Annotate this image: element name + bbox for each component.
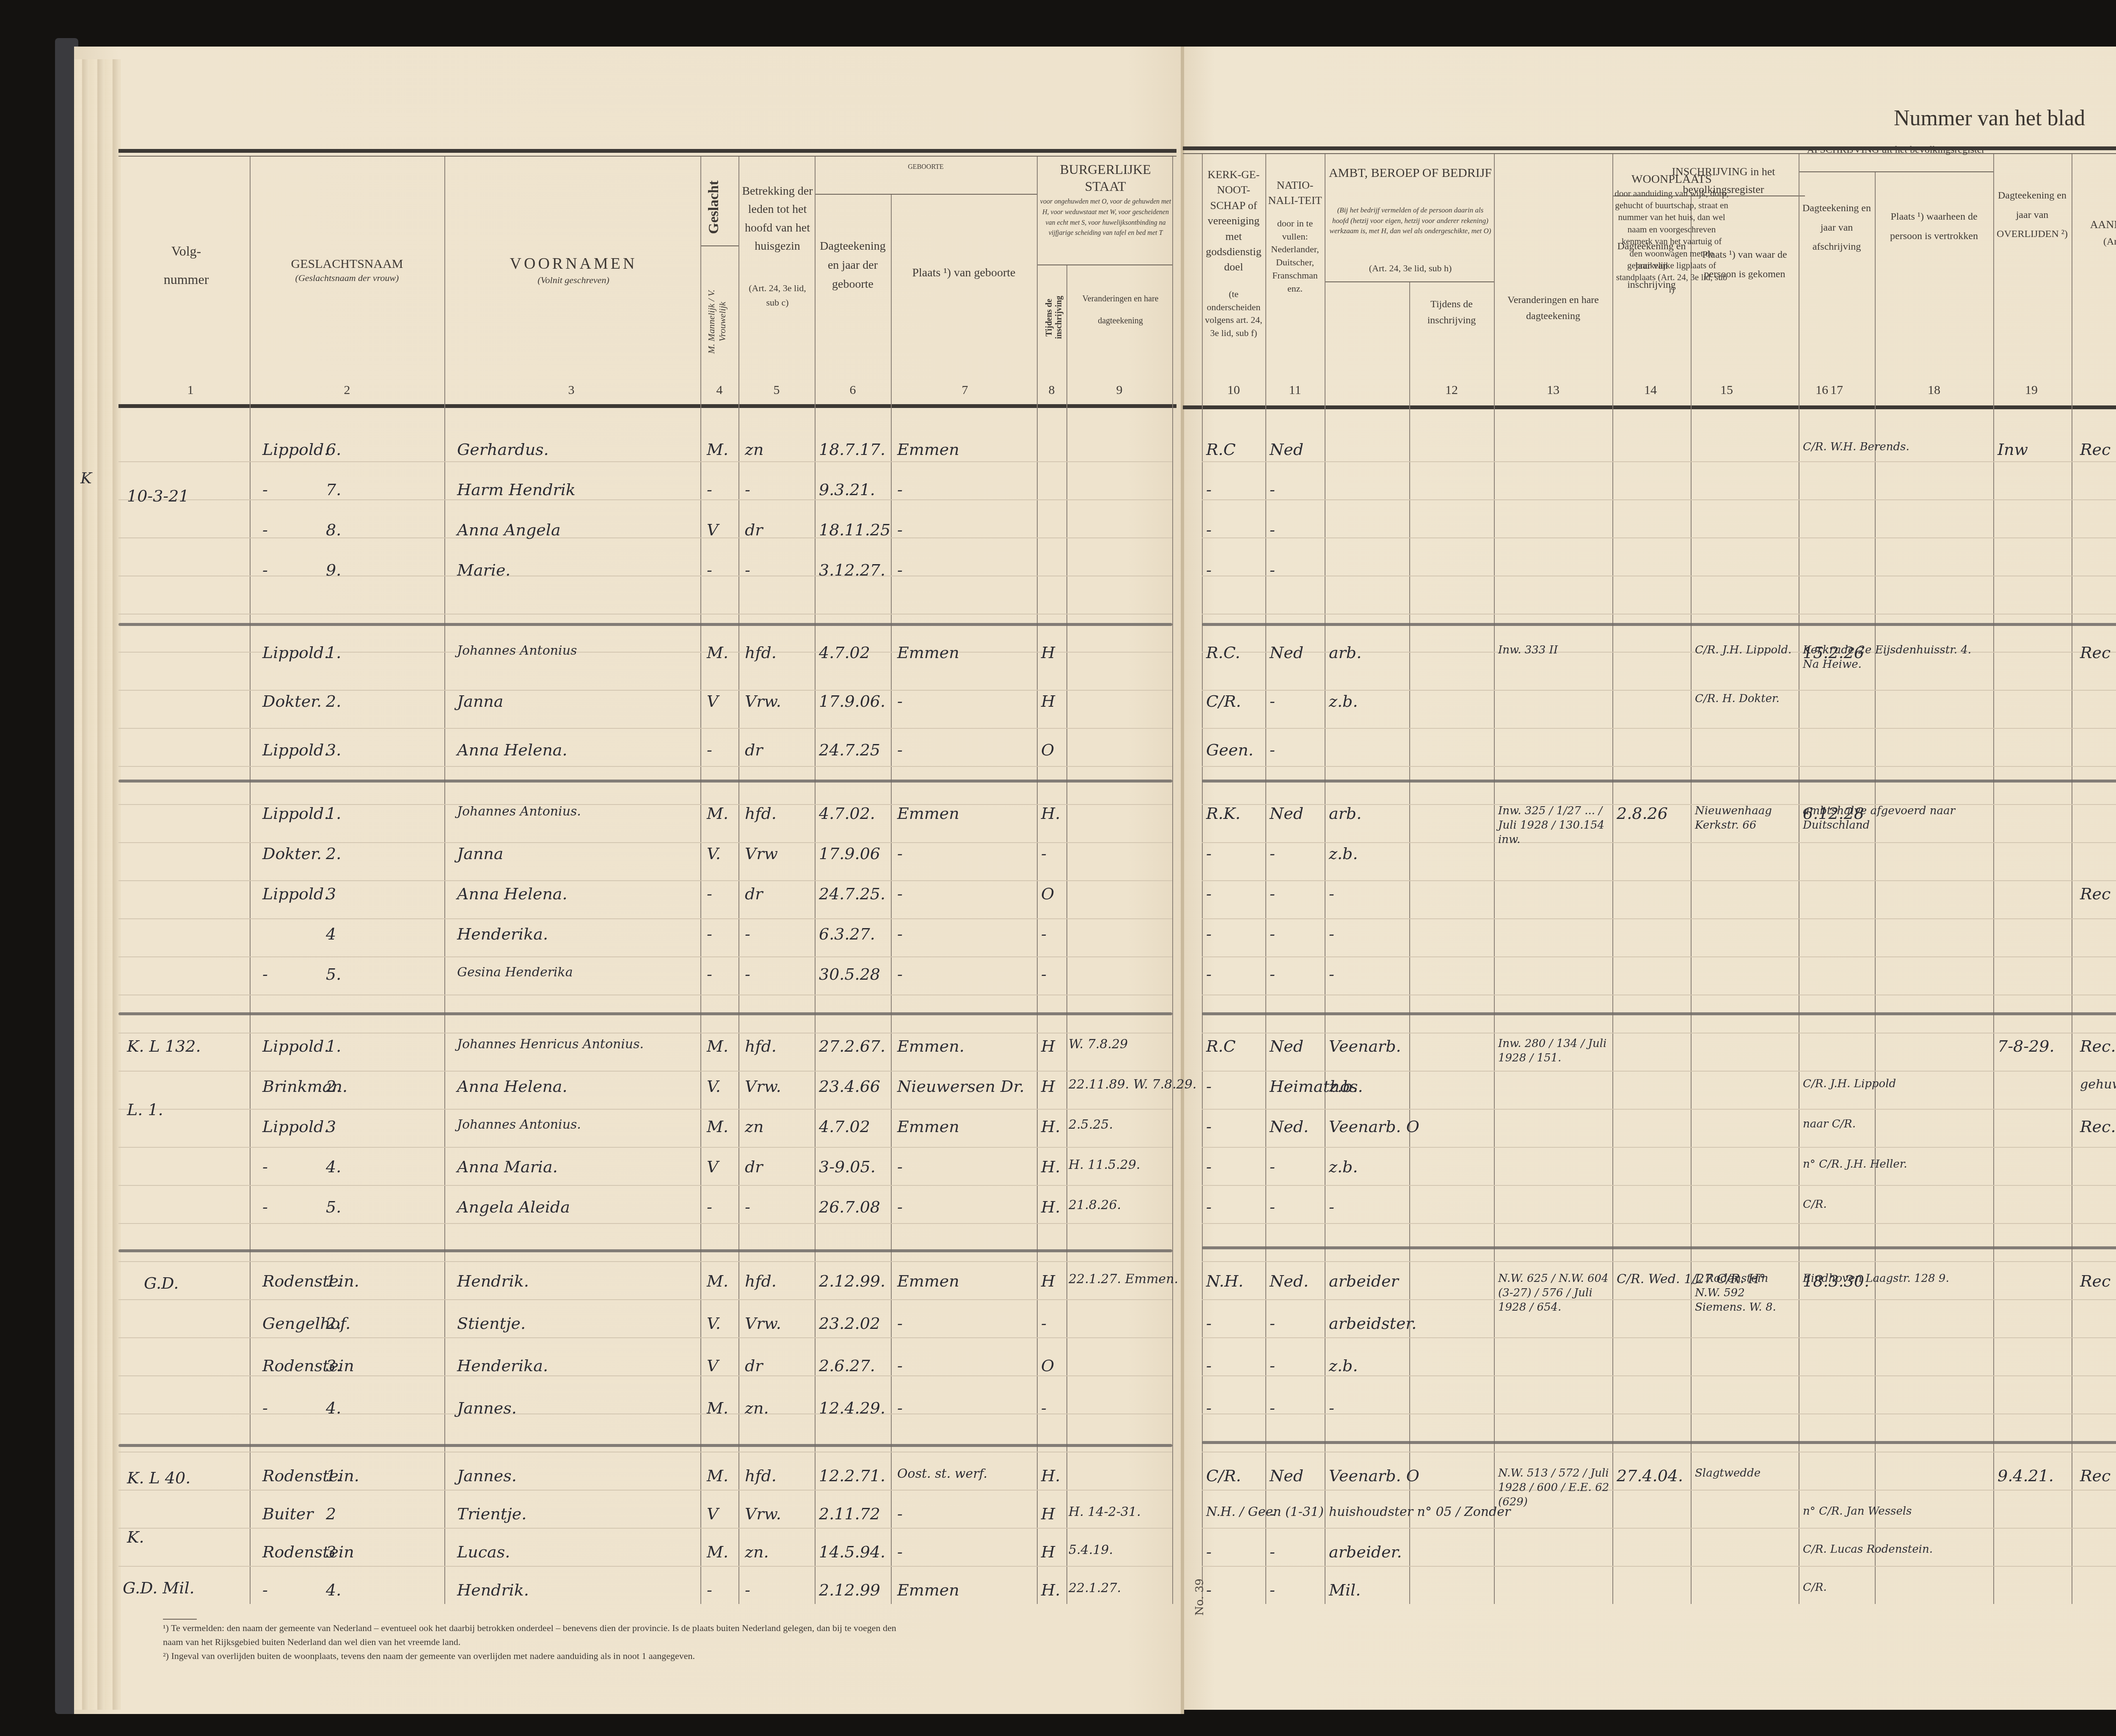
col-divider	[1325, 154, 1325, 1604]
entry-nr: 4.	[326, 1399, 341, 1417]
entry-ins-place: Slagtwedde	[1695, 1466, 1761, 1481]
afschrijving-subrule	[1799, 171, 1993, 172]
entry-church: N.H. / Geen (1-31)	[1206, 1505, 1263, 1519]
entry-birth-place: Emmen.	[897, 1037, 964, 1055]
entry-civil: H.	[1041, 1581, 1060, 1599]
entry-sex: V.	[707, 1314, 721, 1333]
household-separator	[1202, 1246, 2116, 1249]
col-number: 11	[1287, 383, 1303, 397]
footnotes: ¹) Te vermelden: den naam der gemeente v…	[163, 1621, 908, 1663]
header-col17: Dagteekening en jaar van afschrijving	[1801, 199, 1873, 257]
entry-sex: -	[707, 1581, 712, 1599]
entry-death: 9.4.21.	[1998, 1466, 2054, 1485]
entry-civil-change: 21.8.26.	[1069, 1198, 1121, 1212]
entry-nat: Ned	[1270, 804, 1303, 823]
entry-surname: Rodenstein.	[262, 1272, 359, 1290]
entry-church: -	[1206, 1198, 1212, 1216]
col-number: 2	[339, 383, 355, 397]
entry-ins-place: C/R. J.H. Lippold.	[1695, 643, 1791, 658]
entry-dep-place: Kerkrade 2e Eijsdenhuisstr. 4. Na Heiwe.	[1803, 643, 1989, 672]
entry-rel: Vrw.	[745, 1314, 781, 1333]
col-divider	[891, 195, 892, 1604]
entry-occ: arbeider.	[1329, 1543, 1402, 1561]
entry-civil: H	[1041, 692, 1055, 711]
entry-nat: -	[1270, 1198, 1275, 1216]
col-divider	[2072, 154, 2072, 1604]
entry-nat: -	[1270, 741, 1275, 759]
entry-address: N.W. 513 / 572 / Juli 1928 / 600 / E.E. …	[1498, 1466, 1610, 1509]
ruled-line	[118, 995, 1172, 995]
entry-address: Inw. 333 II	[1498, 643, 1558, 658]
entry-nat: -	[1270, 692, 1275, 711]
entry-death: 7-8-29.	[1998, 1037, 2054, 1055]
entry-rel: Vrw.	[745, 1077, 781, 1096]
entry-nr: 4.	[326, 1157, 341, 1176]
entry-nr: 4	[326, 925, 336, 943]
entry-surname: Lippold.	[262, 885, 329, 903]
header-col15: Dagteekening en jaar van inschrijving	[1615, 237, 1689, 295]
entry-surname: Lippold.	[262, 1037, 329, 1055]
entry-sex: M.	[707, 440, 728, 459]
entry-nat: -	[1270, 885, 1275, 903]
entry-church: -	[1206, 521, 1212, 539]
entry-civil: H.	[1041, 1157, 1060, 1176]
entry-surname: Lippold.	[262, 1117, 329, 1136]
entry-occ: -	[1329, 1198, 1334, 1216]
entry-civil-change: 22.1.27. Emmen.	[1069, 1272, 1170, 1287]
entry-civil: H	[1041, 1272, 1055, 1290]
header-col1: Volg-nummer	[161, 237, 212, 294]
entry-occ: z.b.	[1329, 1077, 1358, 1096]
entry-nr: 2.	[326, 844, 341, 863]
entry-civil: -	[1041, 1399, 1047, 1417]
header-afschrijving-title: AFSCHRIJVING uit het bevolkingsregister	[1801, 142, 1991, 158]
entry-rel: zn.	[745, 1543, 769, 1561]
entry-nat: -	[1270, 521, 1275, 539]
page-stamp: No. 39	[1193, 1579, 1206, 1616]
entry-given: Johannes Antonius.	[457, 804, 581, 819]
entry-sex: V.	[707, 1077, 721, 1096]
header-col18: Plaats ¹) waarheen de persoon is vertrok…	[1877, 207, 1991, 246]
entry-birth-date: 2.12.99	[819, 1581, 880, 1599]
entry-nat: -	[1270, 965, 1275, 984]
entry-dep-place: Eindhoven Laagstr. 128 9.	[1803, 1272, 1949, 1286]
household-separator	[1202, 623, 2116, 626]
col-number: 17	[1828, 383, 1845, 397]
entry-given: Johannes Antonius.	[457, 1117, 581, 1132]
margin-note: K	[80, 470, 92, 487]
ruled-line	[118, 728, 1172, 729]
entry-nr: 9.	[326, 561, 341, 579]
col-number: 19	[2023, 383, 2040, 397]
entry-occ: -	[1329, 1399, 1334, 1417]
entry-church: -	[1206, 844, 1212, 863]
entry-birth-place: -	[897, 844, 903, 863]
entry-civil: -	[1041, 925, 1047, 943]
footnote-2: ²) Ingeval van overlijden buiten de woon…	[163, 1649, 908, 1663]
book-gutter	[1181, 47, 1184, 1714]
header-col19: Dagteekening en jaar van OVERLIJDEN ²)	[1994, 186, 2070, 244]
entry-nat: -	[1270, 1314, 1275, 1333]
entry-birth-date: 18.11.25	[819, 521, 889, 539]
entry-dep-place: C/R. W.H. Berends.	[1803, 440, 1909, 455]
entry-birth-date: 3-9.05.	[819, 1157, 876, 1176]
entry-birth-place: Emmen	[897, 440, 959, 459]
entry-sex: -	[707, 1198, 712, 1216]
entry-birth-date: 2.12.99.	[819, 1272, 885, 1290]
col-number: 5	[768, 383, 785, 397]
entry-dep-place: C/R. J.H. Lippold	[1803, 1077, 1896, 1091]
col-divider	[1799, 154, 1799, 1604]
entry-civil: H	[1041, 1543, 1055, 1561]
entry-birth-place: -	[897, 480, 903, 499]
entry-sex: -	[707, 561, 712, 579]
header-col10: KERK-GE-NOOT-SCHAP of vereeniging met go…	[1204, 167, 1263, 340]
entry-rel: hfd.	[745, 1272, 777, 1290]
entry-surname: Brinkman.	[262, 1077, 347, 1096]
entry-birth-place: -	[897, 1543, 903, 1561]
entry-church: -	[1206, 1157, 1212, 1176]
entry-birth-place: Emmen	[897, 1272, 959, 1290]
entry-occ: z.b.	[1329, 844, 1358, 863]
ruled-line	[1202, 1375, 2116, 1376]
entry-sex: V	[707, 1505, 718, 1523]
footnote-1: ¹) Te vermelden: den naam der gemeente v…	[163, 1621, 908, 1649]
entry-nr: 7.	[326, 480, 341, 499]
entry-civil-change: 5.4.19.	[1069, 1543, 1113, 1557]
ruled-line	[1202, 614, 2116, 614]
margin-note: L. 1.	[127, 1100, 163, 1119]
ruled-line	[1202, 1414, 2116, 1414]
entry-birth-place: -	[897, 741, 903, 759]
ruled-line	[1202, 956, 2116, 957]
col-divider	[1409, 282, 1410, 1604]
entry-surname: Dokter.	[262, 692, 322, 711]
entry-church: C/R.	[1206, 692, 1241, 711]
ruled-line	[1202, 1299, 2116, 1300]
header-col20: AANMERKINGEN (Art. 24, 5e lid)	[2074, 216, 2116, 250]
margin-note: G.D.	[144, 1274, 179, 1292]
ruled-line	[118, 766, 1172, 767]
household-separator	[118, 1444, 1172, 1447]
ruled-line	[1202, 1261, 2116, 1262]
entry-occ: -	[1329, 885, 1334, 903]
entry-civil: H	[1041, 1037, 1055, 1055]
entry-birth-date: 2.11.72	[819, 1505, 880, 1523]
entry-sex: -	[707, 741, 712, 759]
entry-civil: -	[1041, 965, 1047, 984]
ruled-line	[118, 1375, 1172, 1376]
entry-nat: -	[1270, 1505, 1275, 1523]
entry-rel: Vrw.	[745, 692, 781, 711]
entry-civil: -	[1041, 844, 1047, 863]
entry-ins-place: J. Rodenstein N.W. 592 Siemens. W. 8.	[1695, 1272, 1796, 1314]
entry-nr: 4.	[326, 1581, 341, 1599]
entry-given: Janna	[457, 844, 504, 863]
ruled-line	[1202, 1185, 2116, 1186]
ruled-line	[1202, 995, 2116, 995]
geslacht-subrule	[700, 245, 738, 246]
entry-address: Inw. 325 / 1/27 ... / Juli 1928 / 130.15…	[1498, 804, 1610, 847]
entry-church: -	[1206, 1399, 1212, 1417]
entry-rel: -	[745, 561, 750, 579]
header-geboorte-group: GEBOORTE	[815, 163, 1037, 171]
entry-sex: -	[707, 480, 712, 499]
entry-given: Gerhardus.	[457, 440, 549, 459]
col-number: 13	[1545, 383, 1562, 397]
ruled-line	[118, 537, 1172, 538]
ruled-line	[118, 842, 1172, 843]
entry-ins-date: 2.8.26	[1617, 804, 1668, 823]
ruled-line	[1202, 1071, 2116, 1072]
entry-occ: z.b.	[1329, 1157, 1358, 1176]
entry-birth-place: Emmen	[897, 643, 959, 662]
header-col12: Tijdens de inschrijving	[1411, 296, 1492, 329]
entry-civil-change: 22.11.89. W. 7.8.29.	[1069, 1077, 1170, 1092]
entry-church: -	[1206, 1314, 1212, 1333]
entry-occ: -	[1329, 965, 1334, 984]
entry-nr: 5.	[326, 1198, 341, 1216]
entry-civil: H.	[1041, 1117, 1060, 1136]
header-top-rule-left-thin	[118, 156, 1176, 157]
entry-nat: Ned	[1270, 440, 1303, 459]
entry-dep-place: C/R.	[1803, 1198, 1827, 1212]
right-page	[1183, 47, 2116, 1710]
ruled-line	[1202, 728, 2116, 729]
entry-given: Anna Helena.	[457, 1077, 568, 1096]
entry-given: Hendrik.	[457, 1581, 529, 1599]
entry-given: Henderika.	[457, 1356, 548, 1375]
entry-occ: arbeider	[1329, 1272, 1399, 1290]
entry-church: R.K.	[1206, 804, 1240, 823]
ruled-line	[1202, 690, 2116, 691]
entry-rel: -	[745, 925, 750, 943]
header-bottom-rule-right	[1183, 405, 2116, 409]
ruled-line	[118, 1452, 1172, 1452]
entry-civil: O	[1041, 885, 1054, 903]
ruled-line	[118, 1490, 1172, 1491]
header-inschrijving-title: INSCHRIJVING in het bevolkingsregister	[1650, 163, 1796, 198]
entry-rel: -	[745, 1581, 750, 1599]
household-separator	[1202, 780, 2116, 783]
entry-sex: M.	[707, 1543, 728, 1561]
ruled-line	[118, 1223, 1172, 1224]
ruled-line	[1202, 499, 2116, 500]
ruled-line	[1202, 1033, 2116, 1033]
entry-surname: Gengelhof.	[262, 1314, 350, 1333]
entry-birth-place: Emmen	[897, 1581, 959, 1599]
entry-sex: V.	[707, 844, 721, 863]
col-divider	[1172, 157, 1173, 1604]
entry-rel: zn	[745, 1117, 764, 1136]
entry-rel: -	[745, 1198, 750, 1216]
entry-church: -	[1206, 480, 1212, 499]
entry-civil-change: H. 11.5.29.	[1069, 1157, 1140, 1172]
entry-church: -	[1206, 1356, 1212, 1375]
entry-nat: Ned	[1270, 1037, 1303, 1055]
entry-surname: Lippold.	[262, 741, 329, 759]
entry-church: N.H.	[1206, 1272, 1243, 1290]
margin-note: K. L 132.	[127, 1037, 201, 1055]
entry-sex: M.	[707, 1272, 728, 1290]
entry-civil: H.	[1041, 804, 1060, 823]
entry-notes: Rec.	[2080, 1037, 2116, 1055]
entry-civil: H.	[1041, 1466, 1060, 1485]
col-number: 14	[1642, 383, 1659, 397]
entry-notes: Rec	[2080, 1466, 2110, 1485]
ruled-line	[118, 1185, 1172, 1186]
entry-given: Anna Helena.	[457, 885, 568, 903]
household-separator	[118, 1249, 1172, 1252]
ruled-line	[1202, 1490, 2116, 1491]
entry-sex: M.	[707, 804, 728, 823]
entry-nat: -	[1270, 844, 1275, 863]
entry-rel: dr	[745, 1356, 763, 1375]
entry-given: Lucas.	[457, 1543, 510, 1561]
entry-surname: Lippold.	[262, 804, 329, 823]
entry-birth-place: Emmen	[897, 804, 959, 823]
col-number: 7	[956, 383, 973, 397]
entry-given: Henderika.	[457, 925, 548, 943]
entry-church: -	[1206, 561, 1212, 579]
entry-given: Johannes Antonius	[457, 643, 577, 658]
entry-occ: arb.	[1329, 643, 1361, 662]
header-col11: NATIO-NALI-TEIT door in te vullen: Neder…	[1267, 178, 1322, 295]
ruled-line	[1202, 1337, 2116, 1338]
geboorte-subrule	[815, 194, 1037, 195]
entry-ins-place: Nieuwenhaag Kerkstr. 66	[1695, 804, 1796, 833]
header-col6: Dagteekening en jaar der geboorte	[817, 237, 889, 294]
header-top-rule-left	[118, 149, 1176, 153]
entry-sex: M.	[707, 1117, 728, 1136]
ruled-line	[118, 1261, 1172, 1262]
margin-note: 10-3-21	[127, 487, 189, 505]
col-number: 10	[1225, 383, 1242, 397]
entry-nat: -	[1270, 1543, 1275, 1561]
entry-dep-place: n° C/R. Jan Wessels	[1803, 1505, 1912, 1519]
entry-rel: hfd.	[745, 643, 777, 662]
header-col4: Geslacht	[706, 174, 722, 241]
entry-church: R.C	[1206, 1037, 1236, 1055]
entry-birth-date: 6.3.27.	[819, 925, 875, 943]
burgerlijke-staat-subrule	[1038, 265, 1173, 265]
entry-given: Harm Hendrik	[457, 480, 576, 499]
household-separator	[118, 780, 1172, 783]
header-col9: Veranderingen en hare dagteekening	[1069, 288, 1172, 332]
entry-church: -	[1206, 965, 1212, 984]
entry-civil-change: 2.5.25.	[1069, 1117, 1113, 1132]
ruled-line	[118, 956, 1172, 957]
entry-dep-place: C/R. Lucas Rodenstein.	[1803, 1543, 1933, 1557]
col-number: 9	[1111, 383, 1128, 397]
entry-surname: -	[262, 965, 268, 984]
entry-sex: M.	[707, 1466, 728, 1485]
entry-birth-date: 12.2.71.	[819, 1466, 885, 1485]
ruled-line	[1202, 880, 2116, 881]
ruled-line	[1202, 918, 2116, 919]
entry-notes: Rec	[2080, 643, 2110, 662]
entry-sex: M.	[707, 643, 728, 662]
entry-rel: dr	[745, 741, 763, 759]
entry-birth-date: 14.5.94.	[819, 1543, 885, 1561]
entry-notes: Rec	[2080, 1272, 2110, 1290]
margin-note: K.	[127, 1528, 144, 1546]
entry-sex: M.	[707, 1037, 728, 1055]
entry-given: Anna Helena.	[457, 741, 568, 759]
entry-civil: H.	[1041, 1198, 1060, 1216]
entry-occ: Mil.	[1329, 1581, 1361, 1599]
entry-rel: -	[745, 965, 750, 984]
col-divider	[1066, 265, 1067, 1604]
ruled-line	[118, 880, 1172, 881]
entry-rel: dr	[745, 885, 763, 903]
entry-birth-date: 27.2.67.	[819, 1037, 885, 1055]
entry-civil: H	[1041, 1505, 1055, 1523]
entry-nat: -	[1270, 1581, 1275, 1599]
ruled-line	[118, 690, 1172, 691]
entry-civil-change: H. 14-2-31.	[1069, 1505, 1141, 1519]
entry-surname: -	[262, 521, 268, 539]
col-number: 12	[1443, 383, 1460, 397]
entry-occ: -	[1329, 925, 1334, 943]
ruled-line	[1202, 461, 2116, 462]
entry-nr: 2	[326, 1505, 336, 1523]
ruled-line	[118, 499, 1172, 500]
entry-address: Inw. 280 / 134 / Juli 1928 / 151.	[1498, 1037, 1610, 1066]
entry-sex: -	[707, 965, 712, 984]
entry-surname: Lippold.	[262, 440, 329, 459]
entry-birth-date: 12.4.29.	[819, 1399, 885, 1417]
entry-church: R.C	[1206, 440, 1236, 459]
entry-church: -	[1206, 1581, 1212, 1599]
ruled-line	[118, 1033, 1172, 1033]
entry-given: Stientje.	[457, 1314, 526, 1333]
entry-surname: Dokter.	[262, 844, 322, 863]
entry-rel: dr	[745, 1157, 763, 1176]
entry-surname: Buiter	[262, 1505, 313, 1523]
sheet-number-label: Nummer van het blad	[1894, 106, 2085, 131]
header-ambt-art: (Art. 24, 3e lid, sub h)	[1329, 262, 1492, 274]
entry-birth-place: -	[897, 1314, 903, 1333]
entry-surname: Rodenstein	[262, 1356, 354, 1375]
entry-birth-date: 30.5.28	[819, 965, 880, 984]
col-number: 6	[844, 383, 861, 397]
ruled-line	[118, 1337, 1172, 1338]
entry-church: C/R.	[1206, 1466, 1241, 1485]
entry-nat: Ned.	[1270, 1117, 1309, 1136]
entry-nat: -	[1270, 1356, 1275, 1375]
entry-surname: -	[262, 561, 268, 579]
entry-surname: -	[262, 1581, 268, 1599]
entry-surname: -	[262, 1198, 268, 1216]
entry-given: Jannes.	[457, 1466, 517, 1485]
col-divider	[1494, 154, 1495, 1604]
entry-birth-place: -	[897, 885, 903, 903]
entry-birth-date: 9.3.21.	[819, 480, 875, 499]
header-col8: Tijdens de inschrijving	[1044, 279, 1064, 355]
entry-dep-place: C/R.	[1803, 1581, 1827, 1595]
entry-death: Inw	[1998, 440, 2028, 459]
entry-birth-date: 4.7.02	[819, 1117, 870, 1136]
entry-birth-place: -	[897, 1356, 903, 1375]
page-edge-stack	[74, 59, 121, 1710]
entry-occ: Veenarb.	[1329, 1037, 1401, 1055]
col-number: 8	[1043, 383, 1060, 397]
entry-birth-place: -	[897, 1157, 903, 1176]
entry-birth-place: -	[897, 965, 903, 984]
entry-nat: Heimathos.	[1270, 1077, 1322, 1096]
header-col16: Plaats ¹) van waar de persoon is gekomen	[1693, 245, 1796, 284]
